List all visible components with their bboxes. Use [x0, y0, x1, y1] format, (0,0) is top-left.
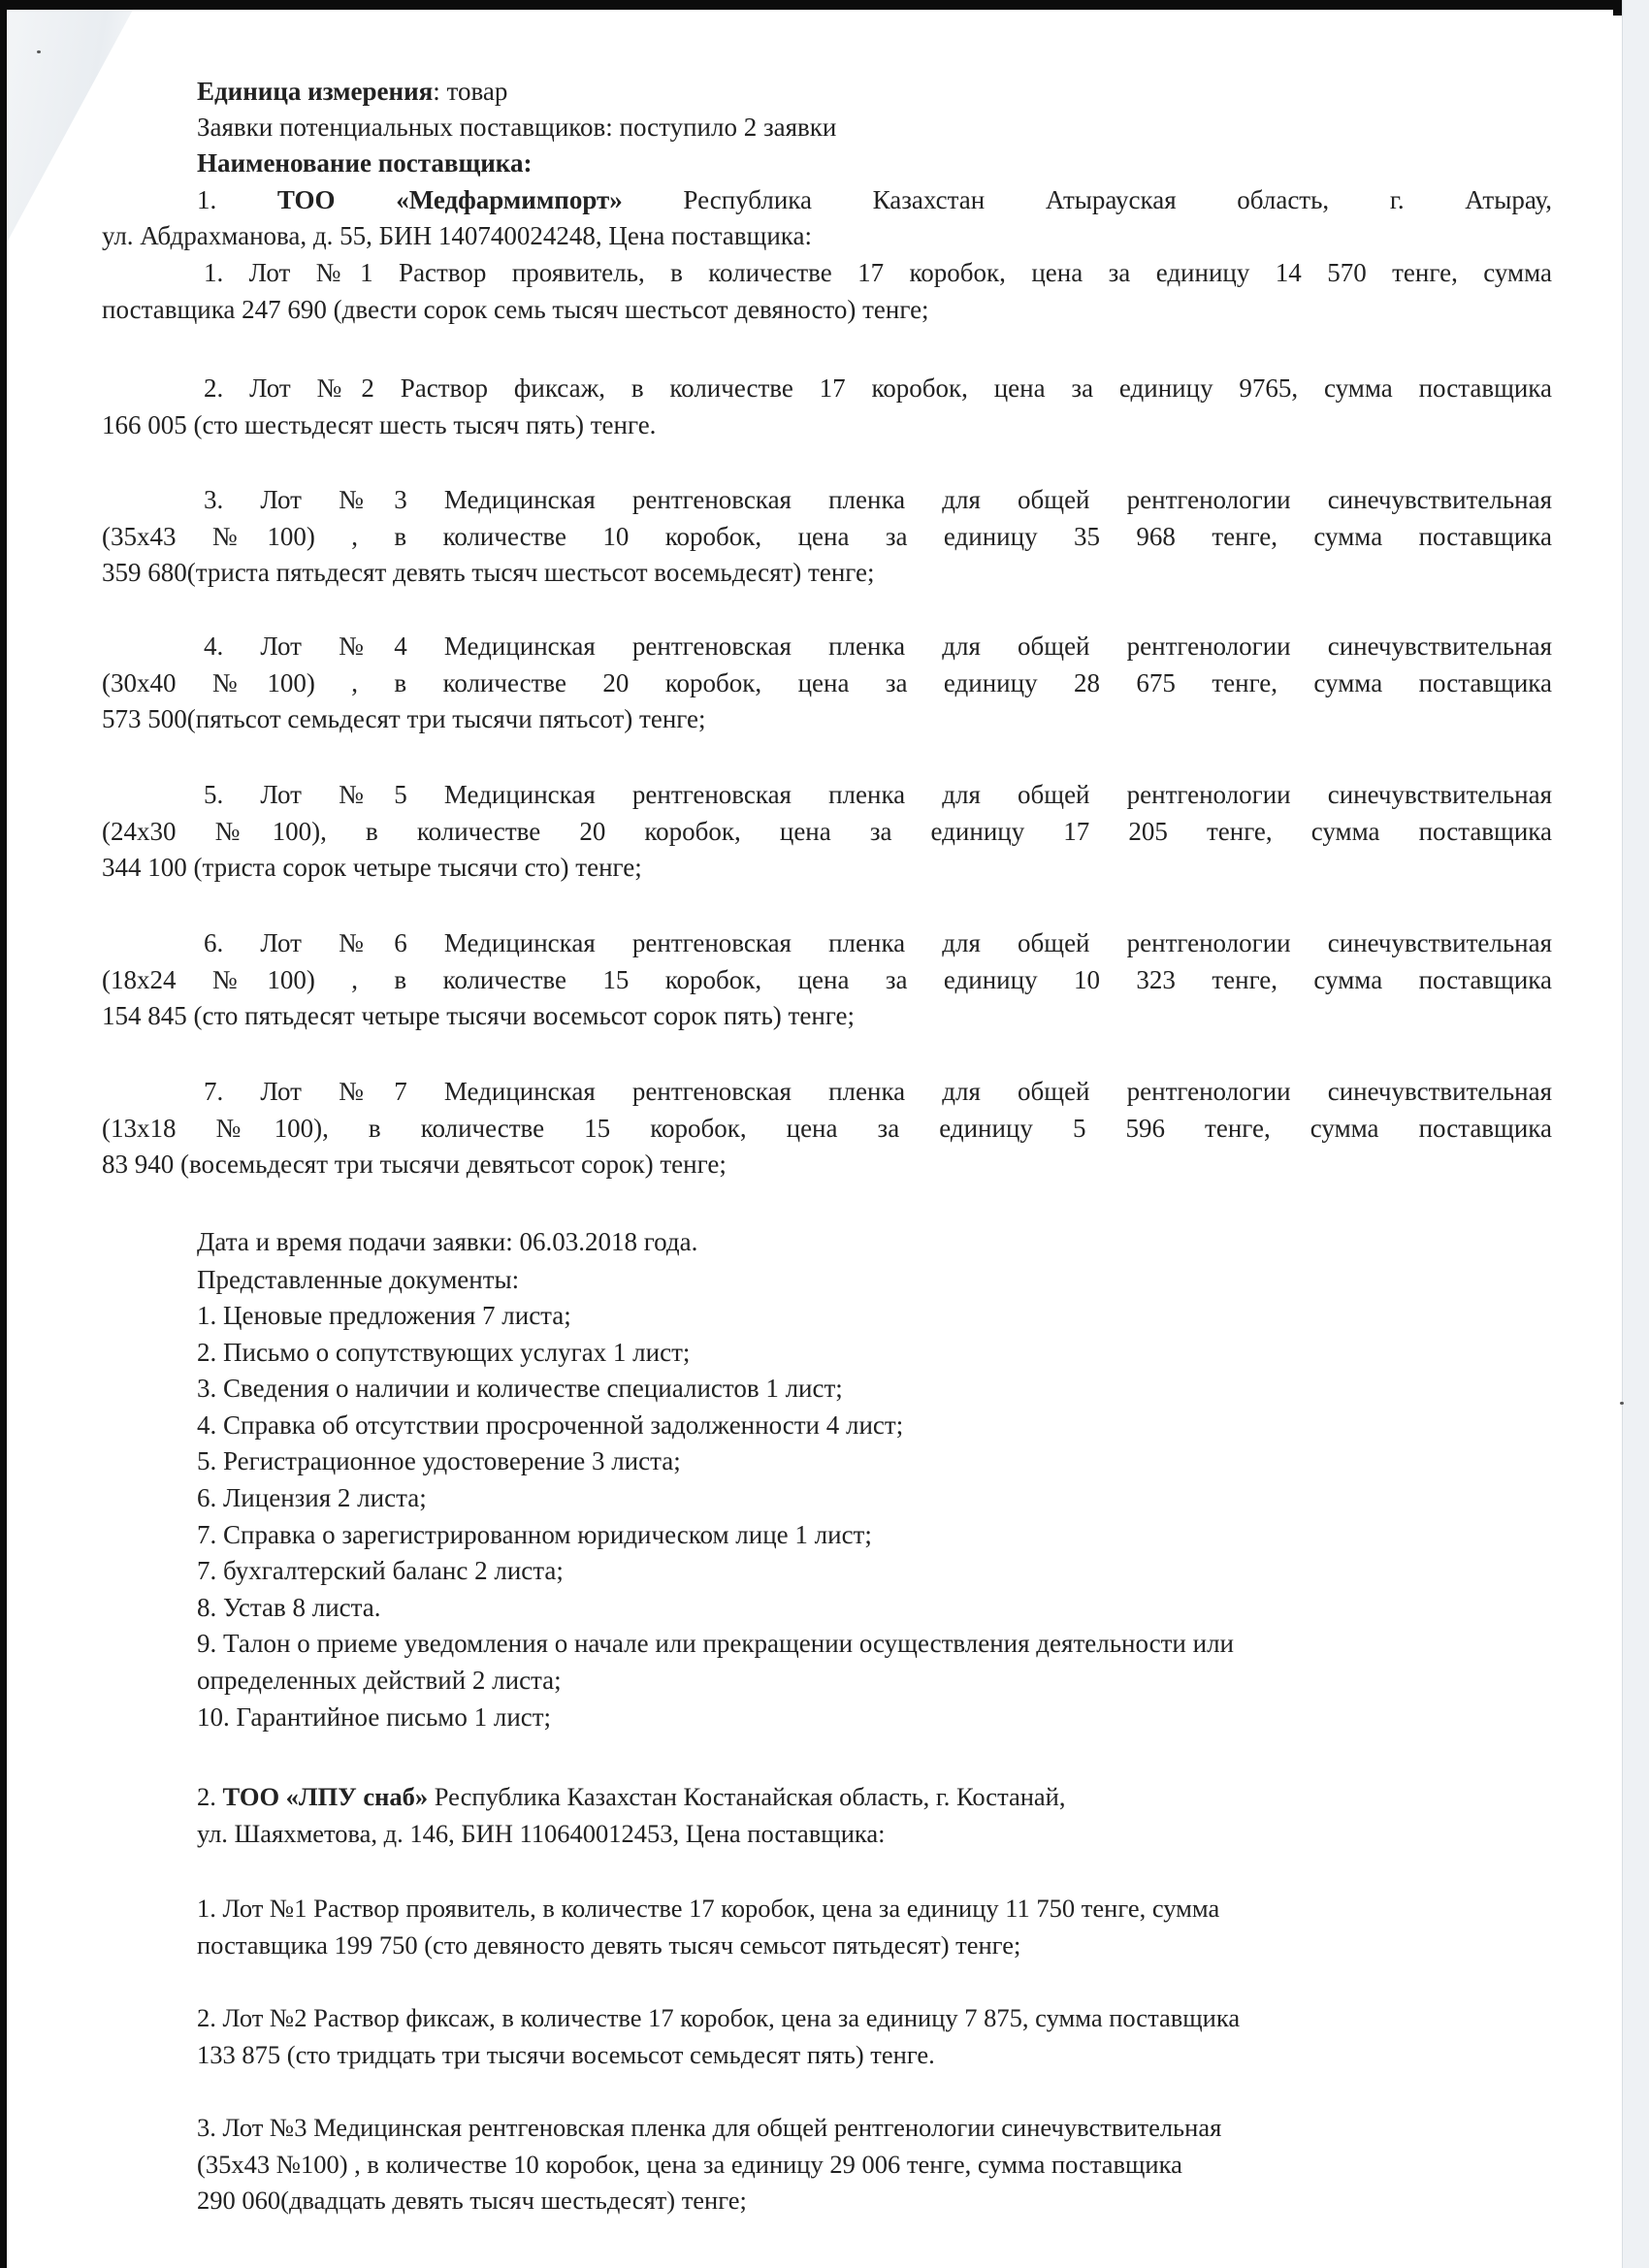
lot-line: 5. Лот №5 Медицинская рентгеновская плен…: [204, 777, 1552, 812]
supplier-2-number: 2.: [197, 1782, 216, 1811]
document-list-item: 9. Талон о приеме уведомления о начале и…: [197, 1626, 1552, 1661]
document-list-item: 6. Лицензия 2 листа;: [197, 1480, 1552, 1515]
applications-line: Заявки потенциальных поставщиков: поступ…: [197, 110, 1552, 145]
lot-line: 7. Лот №7 Медицинская рентгеновская плен…: [204, 1074, 1552, 1109]
supplier-1-address-line2: ул. Абдрахманова, д. 55, БИН 14074002424…: [102, 218, 1552, 253]
document-list-item: 10. Гарантийное письмо 1 лист;: [197, 1700, 1552, 1734]
scan-speck: [1620, 1402, 1624, 1405]
documents-label: Представленные документы:: [197, 1262, 1552, 1297]
lot-line: 290 060(двадцать девять тысяч шестьдесят…: [197, 2183, 1552, 2218]
unit-of-measure-line: Единица измерения: товар: [197, 74, 1552, 109]
lot-line: 1. Лот №1 Раствор проявитель, в количест…: [204, 255, 1552, 290]
lot-line: 573 500(пятьсот семьдесят три тысячи пят…: [102, 701, 1552, 736]
lot-line: 1. Лот №1 Раствор проявитель, в количест…: [197, 1891, 1552, 1926]
supplier-2-name: ТОО «ЛПУ снаб»: [223, 1782, 429, 1811]
lot-line: (24х30 №100), в количестве 20 коробок, ц…: [102, 814, 1552, 849]
supplier-2-address: Республика Казахстан Костанайская област…: [435, 1782, 1066, 1811]
lot-line: (35х43 №100) , в количестве 10 коробок, …: [102, 519, 1552, 554]
page-right-margin: [1622, 0, 1649, 2268]
document-list-item: определенных действий 2 листа;: [197, 1663, 1552, 1698]
lot-line: (35х43 №100) , в количестве 10 коробок, …: [197, 2147, 1552, 2182]
lot-line: (13х18 №100), в количестве 15 коробок, ц…: [102, 1111, 1552, 1146]
lot-line: 359 680(триста пятьдесят девять тысяч ше…: [102, 555, 1552, 590]
document-list-item: 5. Регистрационное удостоверение 3 листа…: [197, 1443, 1552, 1478]
supplier-2-address-line2: ул. Шаяхметова, д. 146, БИН 110640012453…: [197, 1816, 1552, 1851]
supplier-2-heading: 2. ТОО «ЛПУ снаб» Республика Казахстан К…: [197, 1779, 1552, 1814]
lot-line: поставщика 247 690 (двести сорок семь ты…: [102, 292, 1552, 327]
scanner-left-edge: [0, 0, 7, 2268]
lot-line: (30х40 №100) , в количестве 20 коробок, …: [102, 665, 1552, 700]
lot-line: 2. Лот №2 Раствор фиксаж, в количестве 1…: [204, 371, 1552, 405]
lot-line: (18х24 №100) , в количестве 15 коробок, …: [102, 962, 1552, 997]
supplier-1-name: ТОО «Медфармимпорт»: [277, 185, 623, 214]
folded-corner: [7, 10, 133, 243]
lot-line: 3. Лот №3 Медицинская рентгеновская плен…: [197, 2110, 1552, 2145]
lot-line: 166 005 (сто шестьдесят шесть тысяч пять…: [102, 407, 1552, 442]
document-list-item: 8. Устав 8 листа.: [197, 1590, 1552, 1625]
lot-line: 344 100 (триста сорок четыре тысячи сто)…: [102, 850, 1552, 885]
lot-line: 3. Лот №3 Медицинская рентгеновская плен…: [204, 482, 1552, 517]
document-list-item: 3. Сведения о наличии и количестве специ…: [197, 1371, 1552, 1406]
lot-line: 2. Лот №2 Раствор фиксаж, в количестве 1…: [197, 2000, 1552, 2035]
supplier-1-address: Республика Казахстан Атырауская область,…: [683, 185, 1552, 214]
submission-date: Дата и время подачи заявки: 06.03.2018 г…: [197, 1224, 1552, 1259]
document-list-item: 7. Справка о зарегистрированном юридичес…: [197, 1517, 1552, 1552]
supplier-name-label: Наименование поставщика:: [197, 146, 1552, 180]
lot-line: 4. Лот №4 Медицинская рентгеновская плен…: [204, 629, 1552, 664]
lot-line: 133 875 (сто тридцать три тысячи восемьс…: [197, 2037, 1552, 2072]
unit-label: Единица измерения: [197, 77, 433, 106]
scanner-top-edge: [0, 0, 1649, 10]
supplier-1-number: 1.: [197, 185, 216, 214]
lot-line: 83 940 (восемьдесят три тысячи девятьсот…: [102, 1147, 1552, 1182]
document-list-item: 2. Письмо о сопутствующих услугах 1 лист…: [197, 1335, 1552, 1370]
supplier-1-heading: 1. ТОО «Медфармимпорт» Республика Казахс…: [197, 182, 1552, 217]
document-list-item: 1. Ценовые предложения 7 листа;: [197, 1298, 1552, 1333]
document-list-item: 4. Справка об отсутствии просроченной за…: [197, 1408, 1552, 1442]
unit-value: : товар: [433, 77, 507, 106]
document-list-item: 7. бухгалтерский баланс 2 листа;: [197, 1553, 1552, 1588]
lot-line: поставщика 199 750 (сто девяносто девять…: [197, 1928, 1552, 1962]
scan-speck: [37, 50, 41, 53]
lot-line: 6. Лот №6 Медицинская рентгеновская плен…: [204, 925, 1552, 960]
lot-line: 154 845 (сто пятьдесят четыре тысячи вос…: [102, 998, 1552, 1033]
